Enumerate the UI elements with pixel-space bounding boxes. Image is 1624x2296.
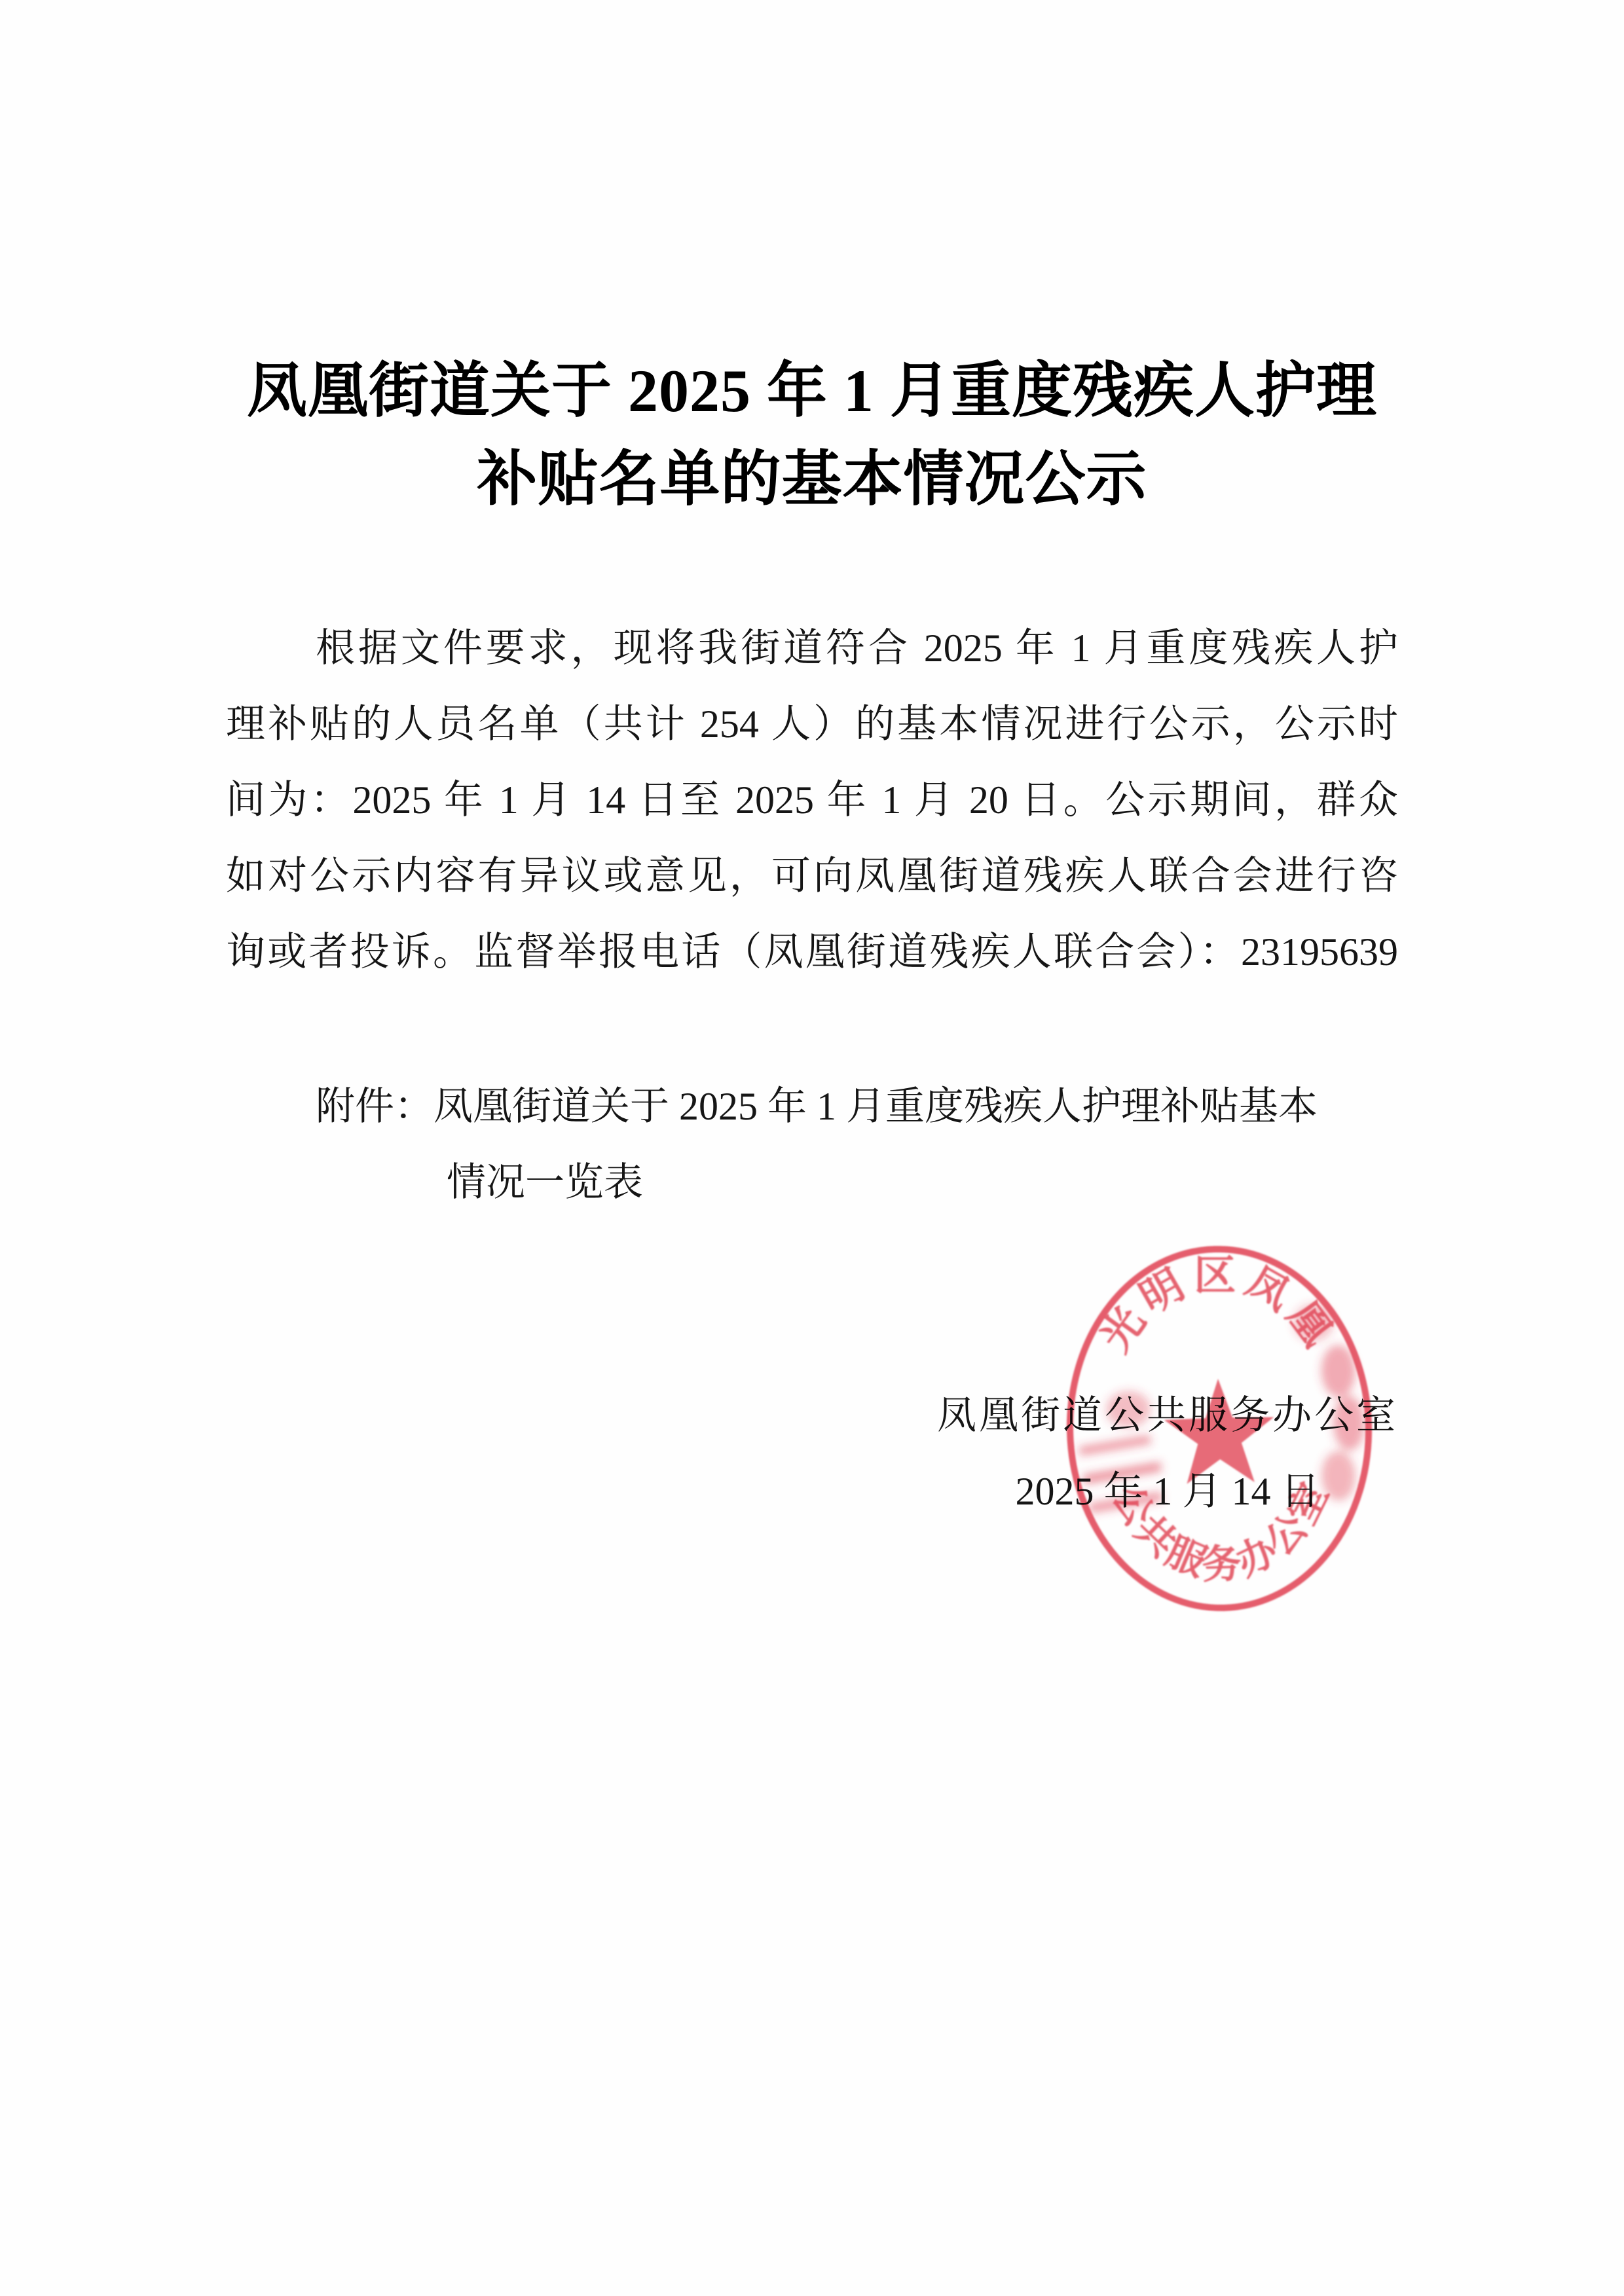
attachment-line-2: 情况一览表 bbox=[226, 1144, 1398, 1220]
page-title: 凤凰街道关于 2025 年 1 月重度残疾人护理 补贴名单的基本情况公示 bbox=[226, 347, 1398, 524]
star-icon bbox=[1163, 1377, 1276, 1485]
body-paragraph: 根据文件要求，现将我街道符合 2025 年 1 月重度残疾人护 理补贴的人员名单… bbox=[226, 610, 1398, 990]
title-line-1: 凤凰街道关于 2025 年 1 月重度残疾人护理 bbox=[226, 347, 1398, 435]
seal-arc-text-bottom: 公共服务办公室 bbox=[1104, 1473, 1340, 1589]
body-line: 如对公示内容有异议或意见，可向凤凰街道残疾人联合会进行咨 bbox=[226, 838, 1398, 914]
attachment-note: 附件：凤凰街道关于 2025 年 1 月重度残疾人护理补贴基本 情况一览表 bbox=[226, 1068, 1398, 1220]
title-line-2: 补贴名单的基本情况公示 bbox=[226, 435, 1398, 524]
document-page: 凤凰街道关于 2025 年 1 月重度残疾人护理 补贴名单的基本情况公示 根据文… bbox=[0, 0, 1624, 2296]
body-line: 理补贴的人员名单（共计 254 人）的基本情况进行公示，公示时 bbox=[226, 686, 1398, 762]
body-line: 间为：2025 年 1 月 14 日至 2025 年 1 月 20 日。公示期间… bbox=[226, 762, 1398, 838]
body-line: 询或者投诉。监督举报电话（凤凰街道残疾人联合会）：23195639 bbox=[226, 914, 1398, 990]
body-line: 根据文件要求，现将我街道符合 2025 年 1 月重度残疾人护 bbox=[226, 610, 1398, 686]
official-seal-stamp: 光明区凤凰 公共服务办公室 bbox=[1058, 1236, 1382, 1621]
attachment-line-1: 附件：凤凰街道关于 2025 年 1 月重度残疾人护理补贴基本 bbox=[226, 1068, 1398, 1144]
